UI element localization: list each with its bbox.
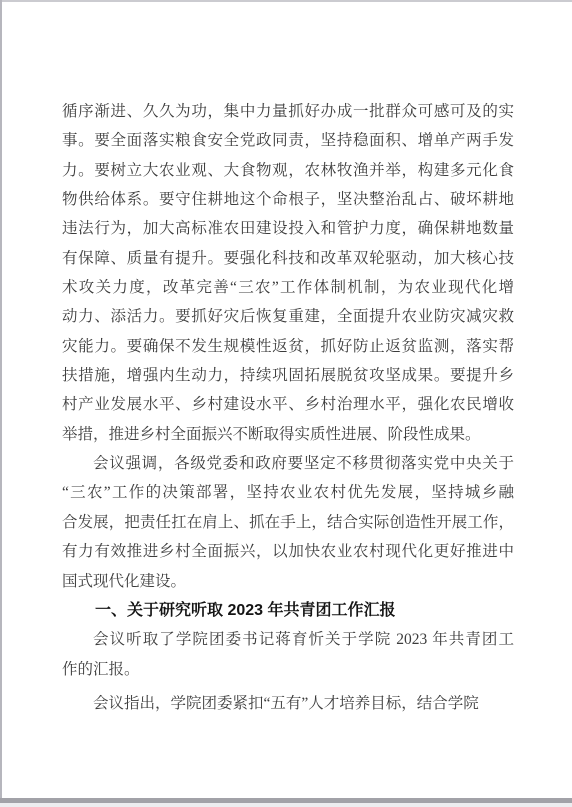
text-line: 术攻关力度，改革完善“三农”工作体制机制，为农业现代化增 (62, 273, 514, 302)
text-line: 举措，推进乡村全面振兴不断取得实质性进展、阶段性成果。 (62, 420, 514, 449)
page-bottom-gap (0, 803, 572, 807)
text-line: 作的汇报。 (62, 655, 514, 684)
text-line: 会议指出，学院团委紧扣“五有”人才培养目标，结合学院 (62, 689, 514, 718)
text-line: 物供给体系。要守住耕地这个命根子，坚决整治乱占、破坏耕地 (62, 185, 514, 214)
text-line: 事。要全面落实粮食安全党政同责，坚持稳面积、增单产两手发 (62, 126, 514, 155)
document-page: 循序渐进、久久为功，集中力量抓好办成一批群众可感可及的实 事。要全面落实粮食安全… (0, 0, 572, 807)
text-line: 会议听取了学院团委书记蒋育忻关于学院 2023 年共青团工 (62, 625, 514, 654)
text-line: “三农”工作的决策部署，坚持农业农村优先发展，坚持城乡融 (62, 478, 514, 507)
page-left-edge (0, 0, 2, 800)
text-line: 力。要树立大农业观、大食物观，农林牧渔并举，构建多元化食 (62, 156, 514, 185)
text-line: 违法行为，加大高标准农田建设投入和管护力度，确保耕地数量 (62, 214, 514, 243)
text-line: 合发展，把责任扛在肩上、抓在手上，结合实际创造性开展工作， (62, 508, 514, 537)
text-line: 循序渐进、久久为功，集中力量抓好办成一批群众可感可及的实 (62, 97, 514, 126)
text-line: 动力、添活力。要抓好灾后恢复重建，全面提升农业防灾减灾救 (62, 302, 514, 331)
page-top-edge (0, 0, 572, 2)
text-line: 国式现代化建设。 (62, 567, 514, 596)
text-line: 有保障、质量有提升。要强化科技和改革双轮驱动，加大核心技 (62, 244, 514, 273)
text-line: 灾能力。要确保不发生规模性返贫，抓好防止返贫监测，落实帮 (62, 332, 514, 361)
document-content: 循序渐进、久久为功，集中力量抓好办成一批群众可感可及的实 事。要全面落实粮食安全… (62, 97, 514, 718)
text-line: 会议强调，各级党委和政府要坚定不移贯彻落实党中央关于 (62, 449, 514, 478)
text-line: 扶措施，增强内生动力，持续巩固拓展脱贫攻坚成果。要提升乡 (62, 361, 514, 390)
text-line: 有力有效推进乡村全面振兴，以加快农业农村现代化更好推进中 (62, 537, 514, 566)
section-heading: 一、关于研究听取 2023 年共青团工作汇报 (62, 596, 514, 625)
text-line: 村产业发展水平、乡村建设水平、乡村治理水平，强化农民增收 (62, 390, 514, 419)
